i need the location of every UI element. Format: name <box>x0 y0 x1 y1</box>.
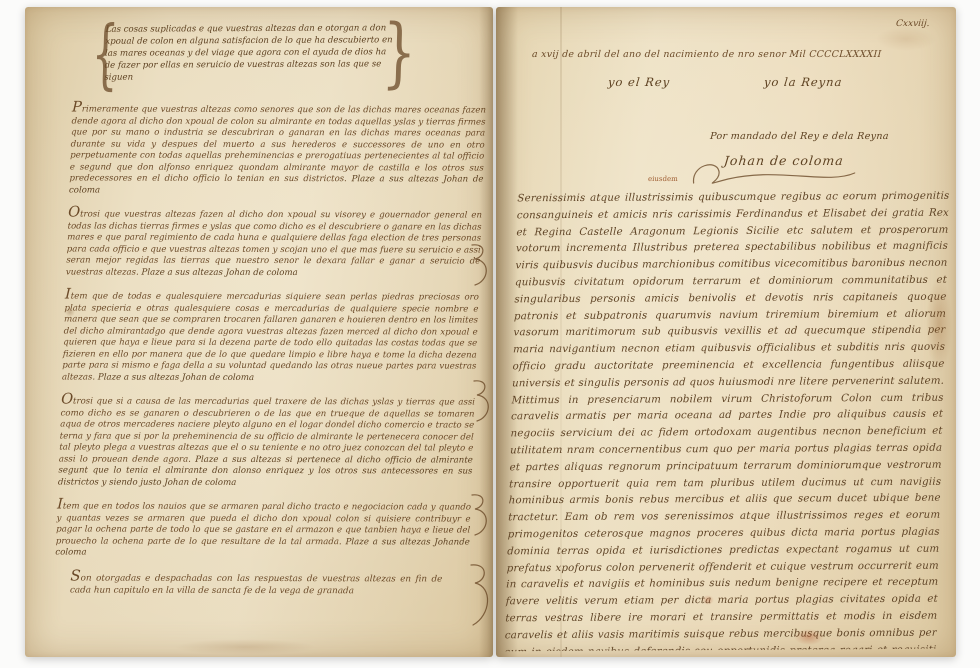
capitulation-1: Primeramente que vuestras altezas como s… <box>69 100 487 197</box>
signature-flourish-icon <box>687 155 861 189</box>
royal-assent-3: Plaze a sus altezas Johan de coloma <box>98 372 255 382</box>
flourish-icon <box>469 243 489 287</box>
secretary-signature: Johan de coloma <box>723 153 844 168</box>
capitulations-header: { Las cosas suplicadas e que vuestras al… <box>104 22 394 84</box>
stain <box>876 27 936 51</box>
header-text: Las cosas suplicadas e que vuestras alte… <box>104 22 394 84</box>
queen-signature: yo la Reyna <box>763 75 843 89</box>
capitulation-3: Item que de todas e qualesquiere mercadu… <box>62 287 480 384</box>
latin-letter-text: Serenissimis atque illustrissimis quibus… <box>504 189 949 652</box>
left-brace-icon: { <box>91 22 120 86</box>
capitulation-4: Otrosi que si a causa de las mercadurias… <box>58 392 476 489</box>
flourish-icon <box>469 493 489 537</box>
manuscript-scan: { Las cosas suplicadas e que vuestras al… <box>0 0 980 668</box>
capitulation-3-text: Item que de todas e qualesquiere mercadu… <box>62 291 479 382</box>
king-signature: yo el Rey <box>607 75 671 89</box>
capitulation-1-text: Primeramente que vuestras altezas como s… <box>69 104 486 184</box>
by-order-line: Por mandado del Rey e dela Reyna <box>710 131 890 142</box>
closing-line: Son otorgadas e despachadas con las resp… <box>70 568 443 597</box>
right-page: Cxxviij. a xvij de abril del ano del nac… <box>496 7 956 657</box>
date-line: a xvij de abril del ano del nacimiento d… <box>532 49 929 60</box>
flourish-icon <box>467 563 491 627</box>
stain <box>175 639 315 655</box>
left-page: { Las cosas suplicadas e que vuestras al… <box>25 7 493 657</box>
capitulations-body: Primeramente que vuestras altezas como s… <box>54 100 487 597</box>
right-brace-icon: } <box>381 20 417 84</box>
capitulation-5: Item que en todos los nauios que se arma… <box>55 497 471 560</box>
flourish-icon <box>471 379 491 423</box>
rubric-note: eiusdem <box>648 175 678 183</box>
folio-mark: Cxxviij. <box>896 19 931 29</box>
royal-assent-2: Plaze a sus altezas Johan de coloma <box>141 267 298 277</box>
capitulation-2: Otrosi que vuestras altezas fazen al dic… <box>66 205 483 279</box>
